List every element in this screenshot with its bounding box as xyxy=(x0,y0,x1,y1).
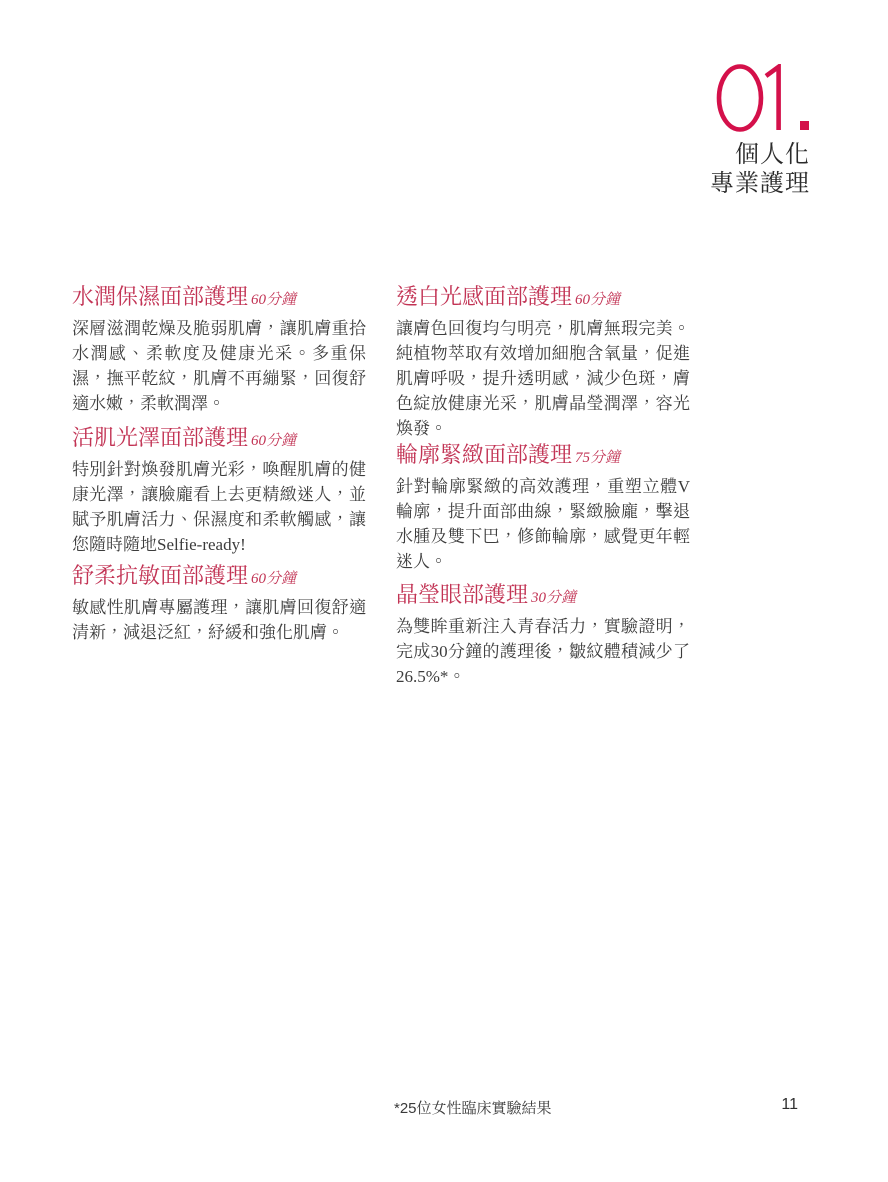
treatment-duration: 60分鐘 xyxy=(251,433,296,449)
treatment-duration: 75分鐘 xyxy=(575,450,620,466)
treatment-description: 敏感性肌膚專屬護理，讓肌膚回復舒適清新，減退泛紅，紓緩和強化肌膚。 xyxy=(72,595,366,645)
treatment-description: 為雙眸重新注入青春活力，實驗證明，完成30分鐘的護理後，皺紋體積減少了26.5%… xyxy=(396,614,690,689)
treatment-card-radiance: 活肌光澤面部護理60分鐘 特別針對煥發肌膚光彩，喚醒肌膚的健康光澤，讓臉龐看上去… xyxy=(72,425,366,557)
section-subtitle: 個人化 專業護理 xyxy=(710,140,810,198)
treatment-duration: 60分鐘 xyxy=(251,571,296,587)
treatment-title: 水潤保濕面部護理 xyxy=(72,284,248,309)
treatment-title: 晶瑩眼部護理 xyxy=(396,582,528,607)
treatment-description: 針對輪廓緊緻的高效護理，重塑立體V輪廓，提升面部曲線，緊緻臉龐，擊退水腫及雙下巴… xyxy=(396,474,690,574)
treatment-title: 透白光感面部護理 xyxy=(396,284,572,309)
treatment-duration: 60分鐘 xyxy=(575,292,620,308)
treatment-card-hydrating: 水潤保濕面部護理60分鐘 深層滋潤乾燥及脆弱肌膚，讓肌膚重拾水潤感、柔軟度及健康… xyxy=(72,284,366,416)
treatment-description: 特別針對煥發肌膚光彩，喚醒肌膚的健康光澤，讓臉龐看上去更精緻迷人，並賦予肌膚活力… xyxy=(72,457,366,557)
treatment-duration: 30分鐘 xyxy=(531,590,576,606)
footnote: *25位女性臨床實驗結果 xyxy=(394,1097,552,1118)
subtitle-line-2: 專業護理 xyxy=(710,169,810,198)
treatment-card-soothing: 舒柔抗敏面部護理60分鐘 敏感性肌膚專屬護理，讓肌膚回復舒適清新，減退泛紅，紓緩… xyxy=(72,563,366,645)
treatment-title: 活肌光澤面部護理 xyxy=(72,425,248,450)
treatment-card-contour-firming: 輪廓緊緻面部護理75分鐘 針對輪廓緊緻的高效護理，重塑立體V輪廓，提升面部曲線，… xyxy=(396,442,690,574)
treatment-card-eye-care: 晶瑩眼部護理30分鐘 為雙眸重新注入青春活力，實驗證明，完成30分鐘的護理後，皺… xyxy=(396,582,690,689)
treatment-title: 輪廓緊緻面部護理 xyxy=(396,442,572,467)
treatment-duration: 60分鐘 xyxy=(251,292,296,308)
treatment-description: 深層滋潤乾燥及脆弱肌膚，讓肌膚重拾水潤感、柔軟度及健康光采。多重保濕，撫平乾紋，… xyxy=(72,316,366,416)
subtitle-line-1: 個人化 xyxy=(710,140,810,169)
brochure-page: 個人化 專業護理 水潤保濕面部護理60分鐘 深層滋潤乾燥及脆弱肌膚，讓肌膚重拾水… xyxy=(0,0,888,1182)
section-number-glyph xyxy=(716,64,812,134)
treatment-title: 舒柔抗敏面部護理 xyxy=(72,563,248,588)
treatment-description: 讓膚色回復均勻明亮，肌膚無瑕完美。純植物萃取有效增加細胞含氧量，促進肌膚呼吸，提… xyxy=(396,316,690,441)
section-number xyxy=(716,64,812,134)
treatment-card-brightening: 透白光感面部護理60分鐘 讓膚色回復均勻明亮，肌膚無瑕完美。純植物萃取有效增加細… xyxy=(396,284,690,441)
page-number: 11 xyxy=(781,1096,798,1114)
